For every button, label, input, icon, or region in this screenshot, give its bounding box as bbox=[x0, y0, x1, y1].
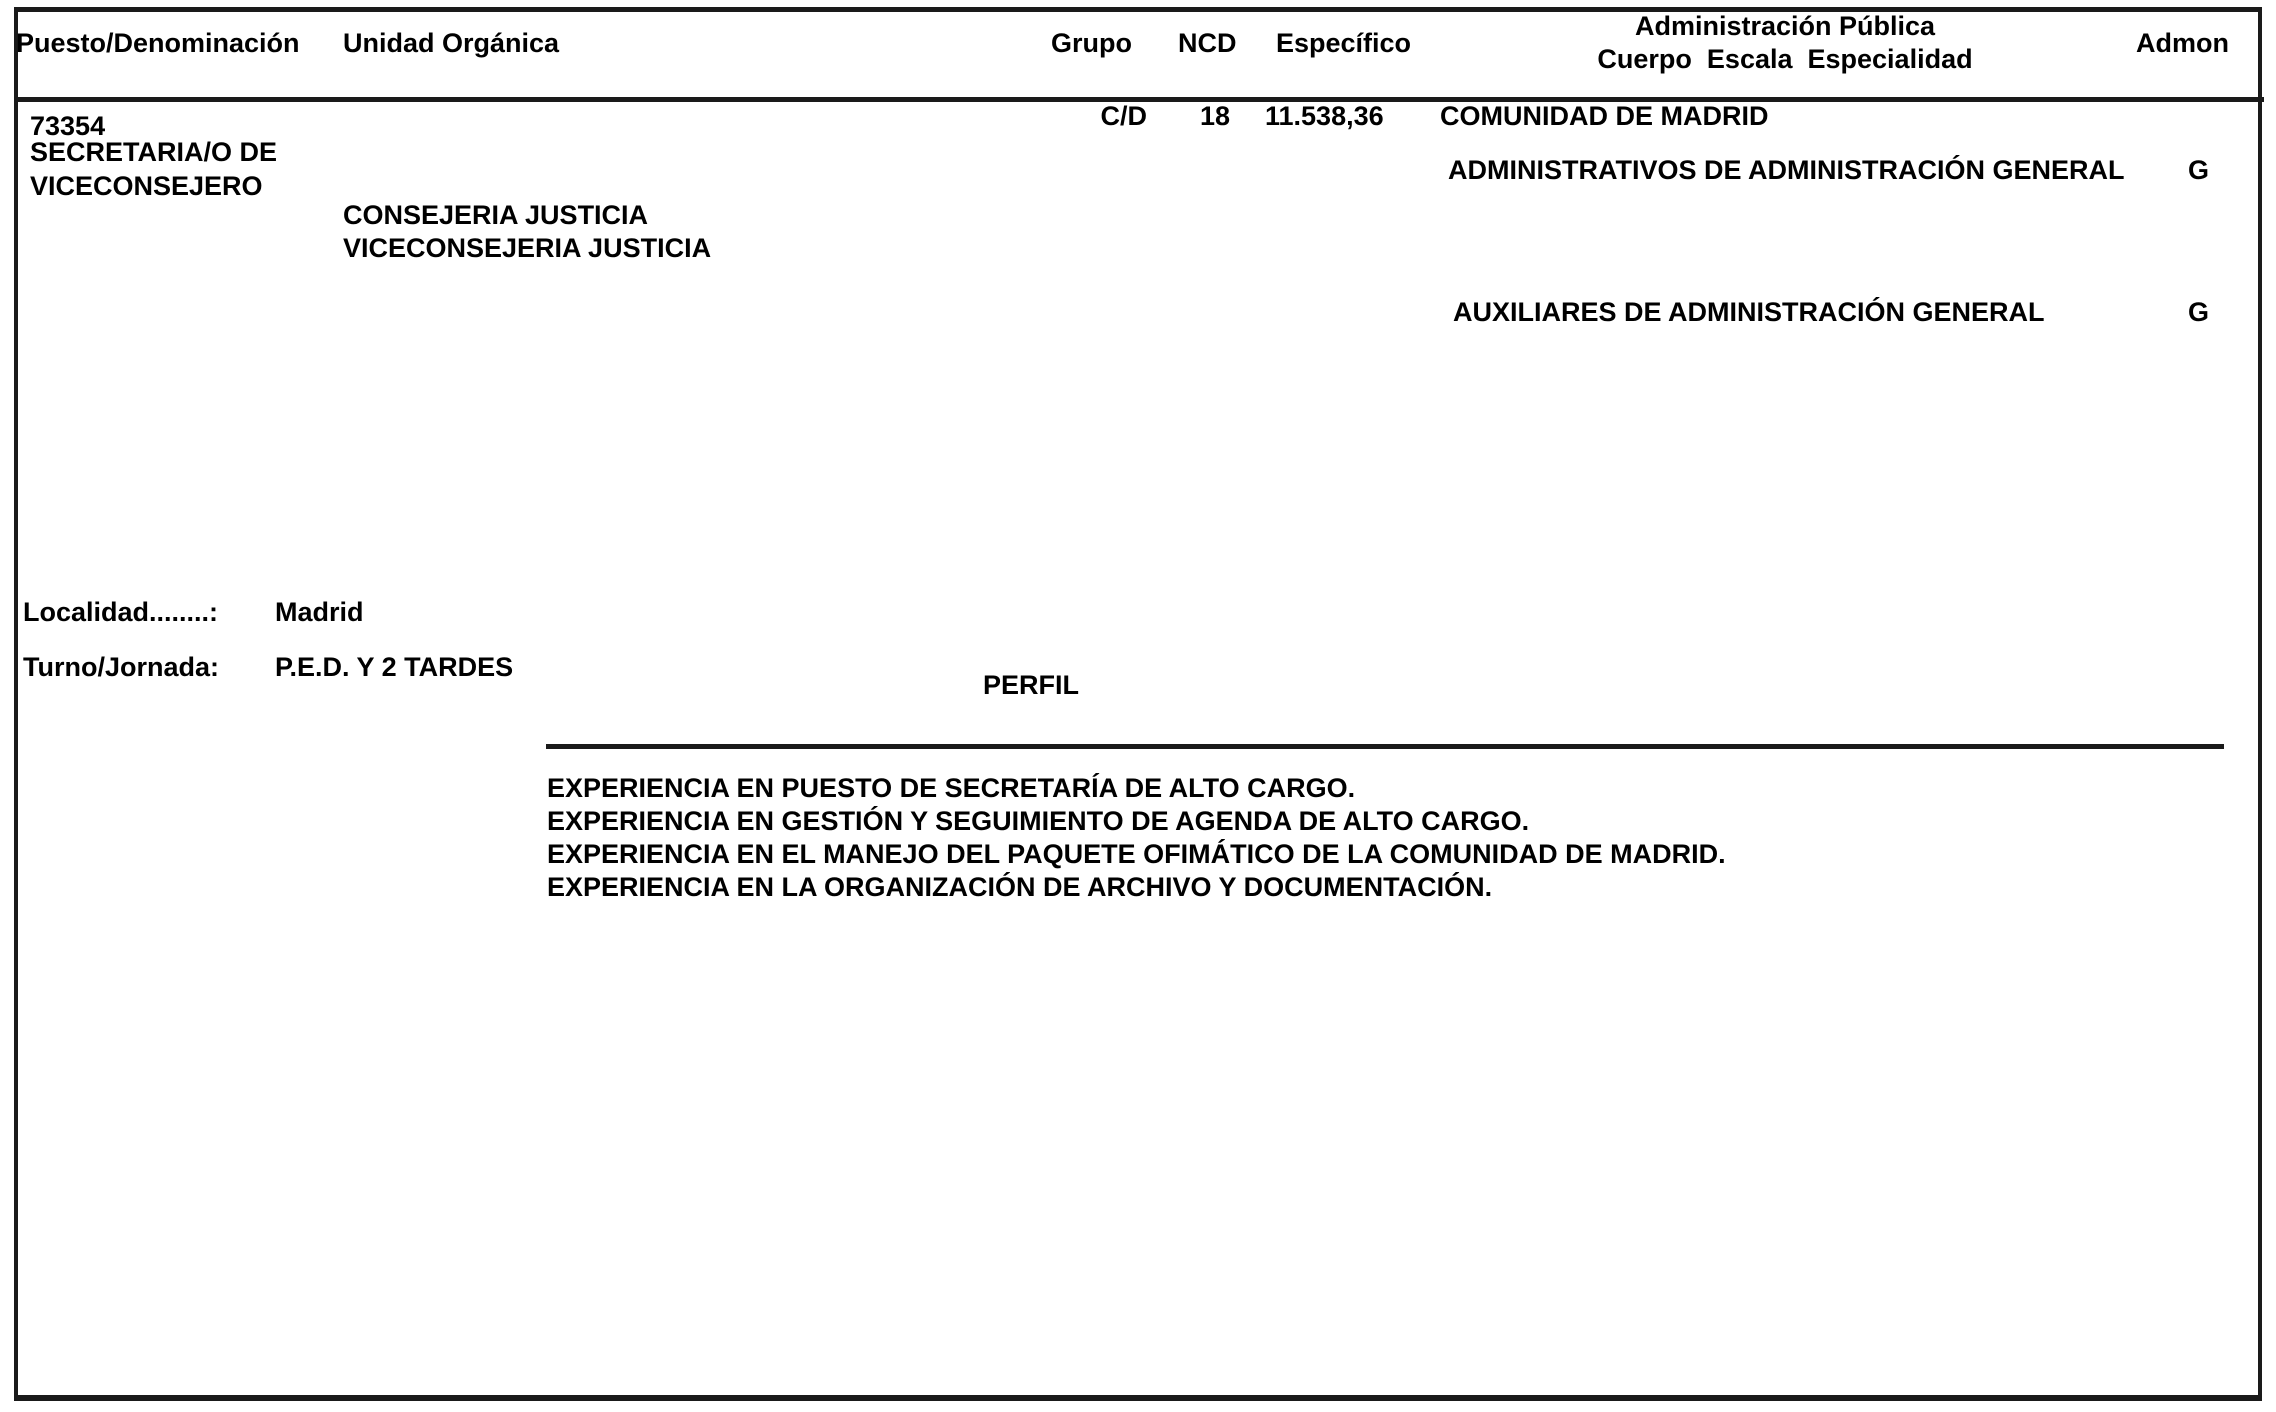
header-admon: Admon bbox=[2136, 27, 2229, 59]
cuerpo-1: ADMINISTRATIVOS DE ADMINISTRACIÓN GENERA… bbox=[1448, 154, 2125, 186]
perfil-item: EXPERIENCIA EN PUESTO DE SECRETARÍA DE A… bbox=[547, 772, 1355, 804]
puesto-denominacion-1: SECRETARIA/O DE bbox=[30, 136, 277, 168]
localidad-value: Madrid bbox=[275, 596, 364, 628]
grupo-value: C/D bbox=[1060, 100, 1147, 132]
perfil-item: EXPERIENCIA EN EL MANEJO DEL PAQUETE OFI… bbox=[547, 838, 1726, 870]
header-especifico: Específico bbox=[1276, 27, 1411, 59]
header-cuerpo-escala: Cuerpo Escala Especialidad bbox=[1560, 43, 2010, 75]
unidad-organica-1: CONSEJERIA JUSTICIA bbox=[343, 199, 648, 231]
puesto-denominacion-2: VICECONSEJERO bbox=[30, 170, 263, 202]
turno-value: P.E.D. Y 2 TARDES bbox=[275, 651, 513, 683]
header-grupo: Grupo bbox=[1051, 27, 1132, 59]
perfil-label: PERFIL bbox=[983, 669, 1079, 701]
localidad-label: Localidad........: bbox=[23, 596, 218, 628]
ncd-value: 18 bbox=[1180, 100, 1230, 132]
turno-label: Turno/Jornada: bbox=[23, 651, 219, 683]
header-ncd: NCD bbox=[1178, 27, 1237, 59]
header-unidad: Unidad Orgánica bbox=[343, 27, 559, 59]
perfil-separator bbox=[546, 744, 2224, 749]
perfil-item: EXPERIENCIA EN GESTIÓN Y SEGUIMIENTO DE … bbox=[547, 805, 1529, 837]
administracion-value: COMUNIDAD DE MADRID bbox=[1440, 100, 1768, 132]
cuerpo-2: AUXILIARES DE ADMINISTRACIÓN GENERAL bbox=[1453, 296, 2045, 328]
unidad-organica-2: VICECONSEJERIA JUSTICIA bbox=[343, 232, 711, 264]
header-admin-publica: Administración Pública bbox=[1560, 10, 2010, 42]
especifico-value: 11.538,36 bbox=[1265, 100, 1384, 132]
perfil-item: EXPERIENCIA EN LA ORGANIZACIÓN DE ARCHIV… bbox=[547, 871, 1492, 903]
header-puesto: Puesto/Denominación bbox=[16, 27, 300, 59]
cuerpo-2-admon: G bbox=[2188, 296, 2209, 328]
cuerpo-1-admon: G bbox=[2188, 154, 2209, 186]
